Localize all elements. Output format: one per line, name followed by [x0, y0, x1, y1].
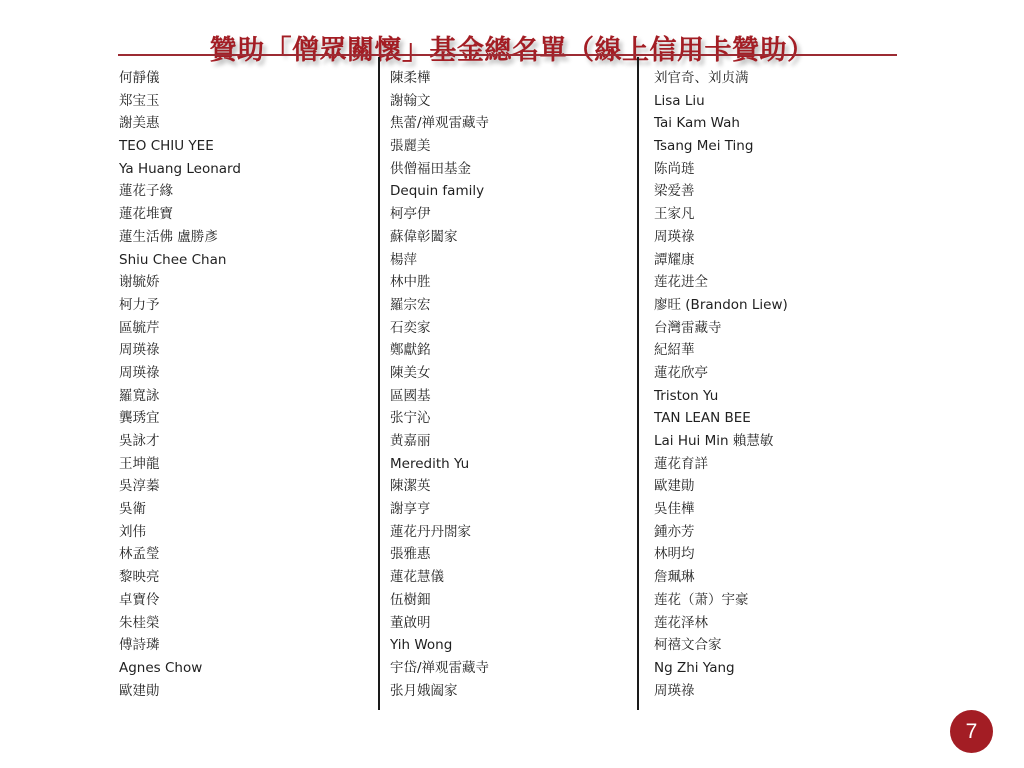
donor-name: 莲花（萧）宇豪: [654, 589, 904, 612]
donor-name: 陳美女: [390, 362, 630, 385]
column-divider: [378, 57, 380, 710]
donor-name: 區毓芹: [119, 317, 369, 340]
donor-list-column-3: 刘官奇、刘贞满Lisa LiuTai Kam WahTsang Mei Ting…: [654, 67, 904, 702]
donor-name: 龔琇宜: [119, 407, 369, 430]
donor-name: 廖旺 (Brandon Liew): [654, 294, 904, 317]
donor-name: 林中胜: [390, 271, 630, 294]
donor-name: 譚耀康: [654, 249, 904, 272]
donor-name: 周瑛祿: [654, 680, 904, 703]
page-number-badge: 7: [950, 710, 993, 753]
donor-name: 蓮花育詳: [654, 453, 904, 476]
donor-name: 刘伟: [119, 521, 369, 544]
donor-name: 柯力予: [119, 294, 369, 317]
donor-name: Tsang Mei Ting: [654, 135, 904, 158]
donor-name: 董啟明: [390, 612, 630, 635]
donor-name: Lai Hui Min 賴慧敏: [654, 430, 904, 453]
donor-name: 鄭獻銘: [390, 339, 630, 362]
donor-name: Ya Huang Leonard: [119, 158, 369, 181]
donor-name: Shiu Chee Chan: [119, 249, 369, 272]
donor-name: 陳柔樺: [390, 67, 630, 90]
donor-name: 焦蕾/禅观雷藏寺: [390, 112, 630, 135]
donor-name: 王坤龍: [119, 453, 369, 476]
donor-name: TAN LEAN BEE: [654, 407, 904, 430]
donor-name: 周瑛祿: [119, 339, 369, 362]
donor-name: 鍾亦芳: [654, 521, 904, 544]
donor-name: 梁爱善: [654, 180, 904, 203]
donor-list-column-2: 陳柔樺謝翰文焦蕾/禅观雷藏寺張麗美供僧福田基金Dequin family柯亭伊蘇…: [390, 67, 630, 702]
donor-name: 张月娥阖家: [390, 680, 630, 703]
donor-name: Tai Kam Wah: [654, 112, 904, 135]
donor-name: 蓮花堆寶: [119, 203, 369, 226]
donor-name: 羅寬詠: [119, 385, 369, 408]
donor-name: 吳詠才: [119, 430, 369, 453]
donor-name: 莲花进全: [654, 271, 904, 294]
donor-name: 谢毓娇: [119, 271, 369, 294]
donor-name: 蓮花子緣: [119, 180, 369, 203]
column-divider: [637, 57, 639, 710]
donor-name: 黎映亮: [119, 566, 369, 589]
donor-name: 詹珮琳: [654, 566, 904, 589]
donor-name: 楊萍: [390, 249, 630, 272]
donor-name: 謝享亨: [390, 498, 630, 521]
donor-name: 郑宝玉: [119, 90, 369, 113]
donor-name: 羅宗宏: [390, 294, 630, 317]
donor-name: 张宁沁: [390, 407, 630, 430]
donor-name: 歐建勛: [119, 680, 369, 703]
donor-name: 紀紹華: [654, 339, 904, 362]
donor-name: 吳佳樺: [654, 498, 904, 521]
donor-name: 傅詩璘: [119, 634, 369, 657]
donor-name: 蓮生活佛 盧勝彥: [119, 226, 369, 249]
donor-name: Agnes Chow: [119, 657, 369, 680]
donor-name: TEO CHIU YEE: [119, 135, 369, 158]
donor-name: 陳潔英: [390, 475, 630, 498]
donor-name: 林孟瑩: [119, 543, 369, 566]
donor-name: 林明均: [654, 543, 904, 566]
title-underline-rule: [118, 54, 897, 56]
donor-name: Dequin family: [390, 180, 630, 203]
donor-name: 張雅惠: [390, 543, 630, 566]
slide-title: 贊助「僧眾關懷」基金總名單（線上信用卡贊助）: [0, 32, 1024, 70]
donor-name: 周瑛祿: [119, 362, 369, 385]
donor-name: 王家凡: [654, 203, 904, 226]
donor-name: 卓寶伶: [119, 589, 369, 612]
donor-name: 何靜儀: [119, 67, 369, 90]
donor-name: 吳衛: [119, 498, 369, 521]
donor-name: 黄嘉丽: [390, 430, 630, 453]
donor-name: 蓮花慧儀: [390, 566, 630, 589]
donor-name: Ng Zhi Yang: [654, 657, 904, 680]
donor-name: 陈尚琏: [654, 158, 904, 181]
donor-name: 吳淳蓁: [119, 475, 369, 498]
donor-list-column-1: 何靜儀郑宝玉謝美惠TEO CHIU YEEYa Huang Leonard蓮花子…: [119, 67, 369, 702]
donor-name: 莲花泽林: [654, 612, 904, 635]
donor-name: Triston Yu: [654, 385, 904, 408]
donor-name: Meredith Yu: [390, 453, 630, 476]
donor-name: Yih Wong: [390, 634, 630, 657]
donor-name: 謝美惠: [119, 112, 369, 135]
donor-name: 周瑛祿: [654, 226, 904, 249]
donor-name: 區國基: [390, 385, 630, 408]
donor-name: 伍樹鈿: [390, 589, 630, 612]
donor-name: 宇岱/禅观雷藏寺: [390, 657, 630, 680]
donor-name: 台灣雷藏寺: [654, 317, 904, 340]
donor-name: 謝翰文: [390, 90, 630, 113]
donor-name: 供僧福田基金: [390, 158, 630, 181]
donor-name: 張麗美: [390, 135, 630, 158]
donor-name: 歐建勛: [654, 475, 904, 498]
donor-name: 朱桂榮: [119, 612, 369, 635]
donor-name: 蘇偉彰闔家: [390, 226, 630, 249]
donor-name: 蓮花欣亭: [654, 362, 904, 385]
donor-name: Lisa Liu: [654, 90, 904, 113]
donor-name: 石奕家: [390, 317, 630, 340]
donor-name: 刘官奇、刘贞满: [654, 67, 904, 90]
donor-name: 柯亭伊: [390, 203, 630, 226]
donor-name: 蓮花丹丹閤家: [390, 521, 630, 544]
donor-name: 柯禧文合家: [654, 634, 904, 657]
